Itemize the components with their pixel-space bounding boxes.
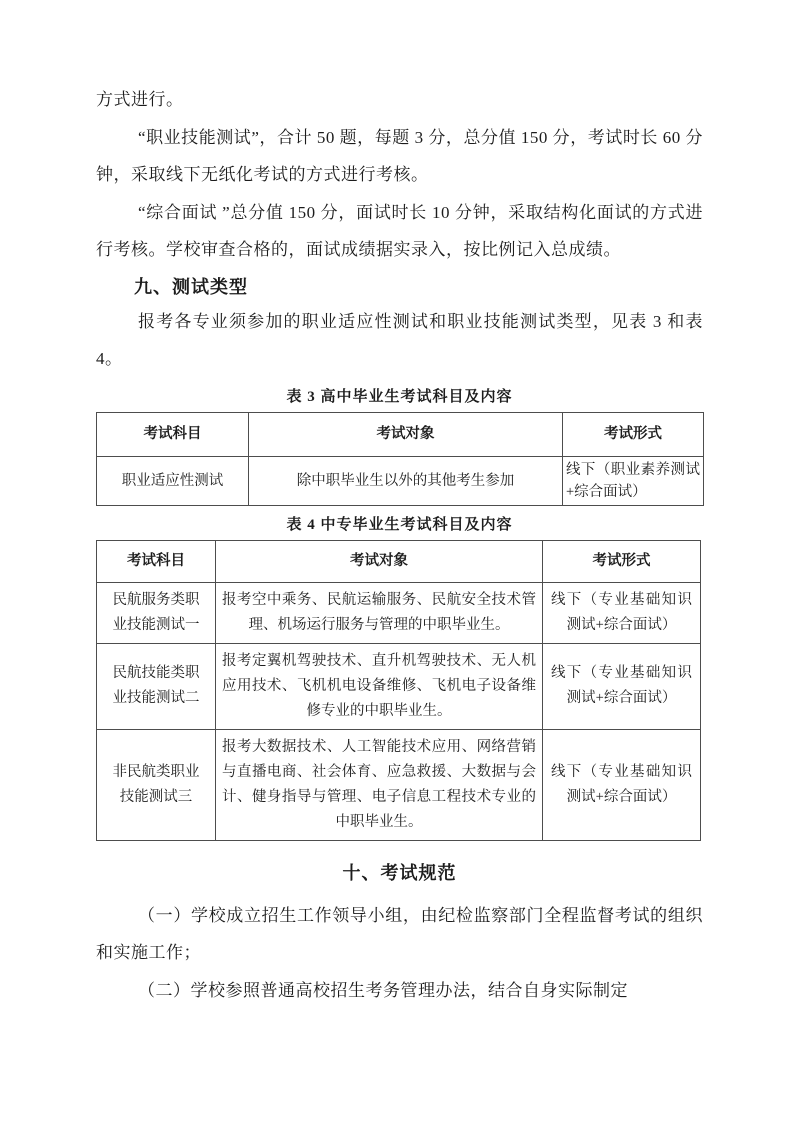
table-4-header-format: 考试形式: [543, 540, 701, 582]
document-page: 方式进行。 “职业技能测试”，合计 50 题，每题 3 分，总分值 150 分，…: [0, 0, 793, 1122]
paragraph-interview: “综合面试 ”总分值 150 分，面试时长 10 分钟，采取结构化面试的方式进行…: [96, 194, 703, 269]
table-4-row-1-subject: 民航服务类职业技能测试一: [97, 582, 216, 643]
table-3-header-subject: 考试科目: [97, 412, 249, 456]
section-10-item-2: （二）学校参照普通高校招生考务管理办法，结合自身实际制定: [96, 972, 703, 1010]
table-4-row-3-format: 线下（专业基础知识测试+综合面试）: [543, 729, 701, 840]
section-9-intro: 报考各专业须参加的职业适应性测试和职业技能测试类型，见表 3 和表 4。: [96, 303, 703, 378]
table-3-header-target: 考试对象: [249, 412, 563, 456]
paragraph-skill-test: “职业技能测试”，合计 50 题，每题 3 分，总分值 150 分，考试时长 6…: [96, 119, 703, 194]
table-4-row-2-target: 报考定翼机驾驶技术、直升机驾驶技术、无人机应用技术、飞机机电设备维修、飞机电子设…: [216, 643, 543, 729]
table-4-row-1-target: 报考空中乘务、民航运输服务、民航安全技术管理、机场运行服务与管理的中职毕业生。: [216, 582, 543, 643]
table-4-header-row: 考试科目 考试对象 考试形式: [97, 540, 701, 582]
table-3-cell-target: 除中职毕业生以外的其他考生参加: [249, 456, 563, 505]
table-4-header-subject: 考试科目: [97, 540, 216, 582]
table-3-header-format: 考试形式: [563, 412, 704, 456]
table-4-caption: 表 4 中专毕业生考试科目及内容: [96, 513, 703, 537]
table-4-row-2-subject: 民航技能类职业技能测试二: [97, 643, 216, 729]
section-10-item-1: （一）学校成立招生工作领导小组，由纪检监察部门全程监督考试的组织和实施工作；: [96, 897, 703, 972]
table-4-row-3-target: 报考大数据技术、人工智能技术应用、网络营销与直播电商、社会体育、应急救援、大数据…: [216, 729, 543, 840]
table-4-secondary-school-subjects: 考试科目 考试对象 考试形式 民航服务类职业技能测试一 报考空中乘务、民航运输服…: [96, 540, 701, 841]
section-9-heading: 九、测试类型: [96, 271, 703, 303]
table-4-row-3: 非民航类职业技能测试三 报考大数据技术、人工智能技术应用、网络营销与直播电商、社…: [97, 729, 701, 840]
table-4-row-2: 民航技能类职业技能测试二 报考定翼机驾驶技术、直升机驾驶技术、无人机应用技术、飞…: [97, 643, 701, 729]
table-3-cell-subject: 职业适应性测试: [97, 456, 249, 505]
table-4-header-target: 考试对象: [216, 540, 543, 582]
table-3-row: 职业适应性测试 除中职毕业生以外的其他考生参加 线下（职业素养测试+综合面试）: [97, 456, 704, 505]
table-3-high-school-subjects: 考试科目 考试对象 考试形式 职业适应性测试 除中职毕业生以外的其他考生参加 线…: [96, 412, 704, 506]
table-4-row-1-format: 线下（专业基础知识测试+综合面试）: [543, 582, 701, 643]
section-10-heading: 十、考试规范: [96, 857, 703, 889]
table-4-row-3-subject: 非民航类职业技能测试三: [97, 729, 216, 840]
table-3-caption: 表 3 高中毕业生考试科目及内容: [96, 385, 703, 409]
table-4-row-1: 民航服务类职业技能测试一 报考空中乘务、民航运输服务、民航安全技术管理、机场运行…: [97, 582, 701, 643]
table-4-row-2-format: 线下（专业基础知识测试+综合面试）: [543, 643, 701, 729]
table-3-header-row: 考试科目 考试对象 考试形式: [97, 412, 704, 456]
paragraph-continuation: 方式进行。: [96, 81, 703, 119]
table-3-cell-format: 线下（职业素养测试+综合面试）: [563, 456, 704, 505]
